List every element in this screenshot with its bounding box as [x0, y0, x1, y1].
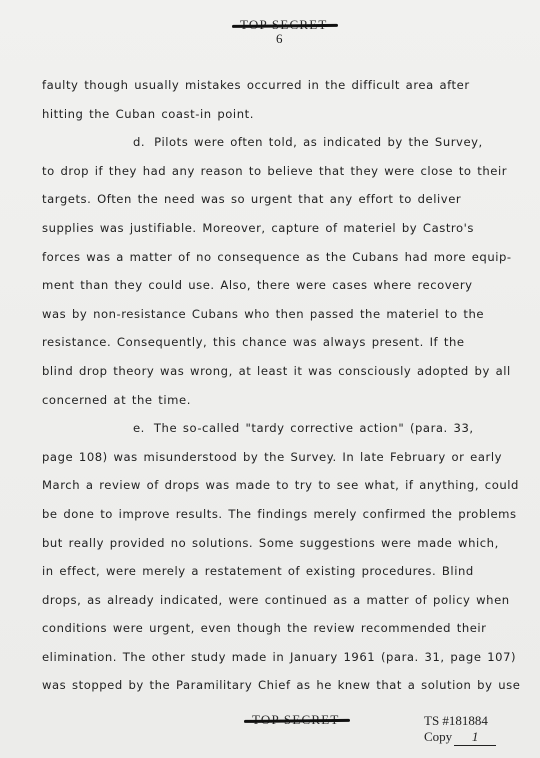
text-line: was stopped by the Paramilitary Chief as… [42, 676, 522, 705]
text-line: forces was a matter of no consequence as… [42, 248, 522, 277]
text-line: targets. Often the need was so urgent th… [42, 190, 522, 219]
copy-line: Copy1 [424, 729, 496, 746]
text-line: in effect, were merely a restatement of … [42, 562, 522, 591]
document-reference: TS #181884 Copy1 [424, 713, 496, 746]
paragraph-e-first-line: e.The so-called "tardy corrective action… [42, 419, 522, 448]
text-line: page 108) was misunderstood by the Surve… [42, 448, 522, 477]
text-line: supplies was justifiable. Moreover, capt… [42, 219, 522, 248]
text-line: March a review of drops was made to try … [42, 476, 522, 505]
text-line: to drop if they had any reason to believ… [42, 162, 522, 191]
copy-label: Copy [424, 729, 452, 744]
classification-header: TOP SECRET [240, 17, 328, 33]
text-line: conditions were urgent, even though the … [42, 619, 522, 648]
ts-number: TS #181884 [424, 713, 496, 729]
text-line: resistance. Consequently, this chance wa… [42, 333, 522, 362]
text-line: ment than they could use. Also, there we… [42, 276, 522, 305]
text-line: elimination. The other study made in Jan… [42, 648, 522, 677]
copy-number: 1 [454, 729, 496, 746]
text-line: The so-called "tardy corrective action" … [154, 421, 474, 435]
text-line: hitting the Cuban coast-in point. [42, 105, 522, 134]
text-line: Pilots were often told, as indicated by … [154, 135, 483, 149]
paragraph-d-first-line: d.Pilots were often told, as indicated b… [42, 133, 522, 162]
classification-footer: TOP SECRET [252, 712, 340, 728]
body-text: faulty though usually mistakes occurred … [42, 76, 522, 705]
document-page: TOP SECRET 6 faulty though usually mista… [0, 0, 540, 758]
paragraph-marker: e. [133, 421, 145, 435]
paragraph-marker: d. [133, 135, 145, 149]
text-line: concerned at the time. [42, 391, 522, 420]
page-number: 6 [276, 31, 283, 47]
text-line: blind drop theory was wrong, at least it… [42, 362, 522, 391]
text-line: but really provided no solutions. Some s… [42, 534, 522, 563]
text-line: be done to improve results. The findings… [42, 505, 522, 534]
text-line: drops, as already indicated, were contin… [42, 591, 522, 620]
text-line: was by non-resistance Cubans who then pa… [42, 305, 522, 334]
text-line: faulty though usually mistakes occurred … [42, 76, 522, 105]
